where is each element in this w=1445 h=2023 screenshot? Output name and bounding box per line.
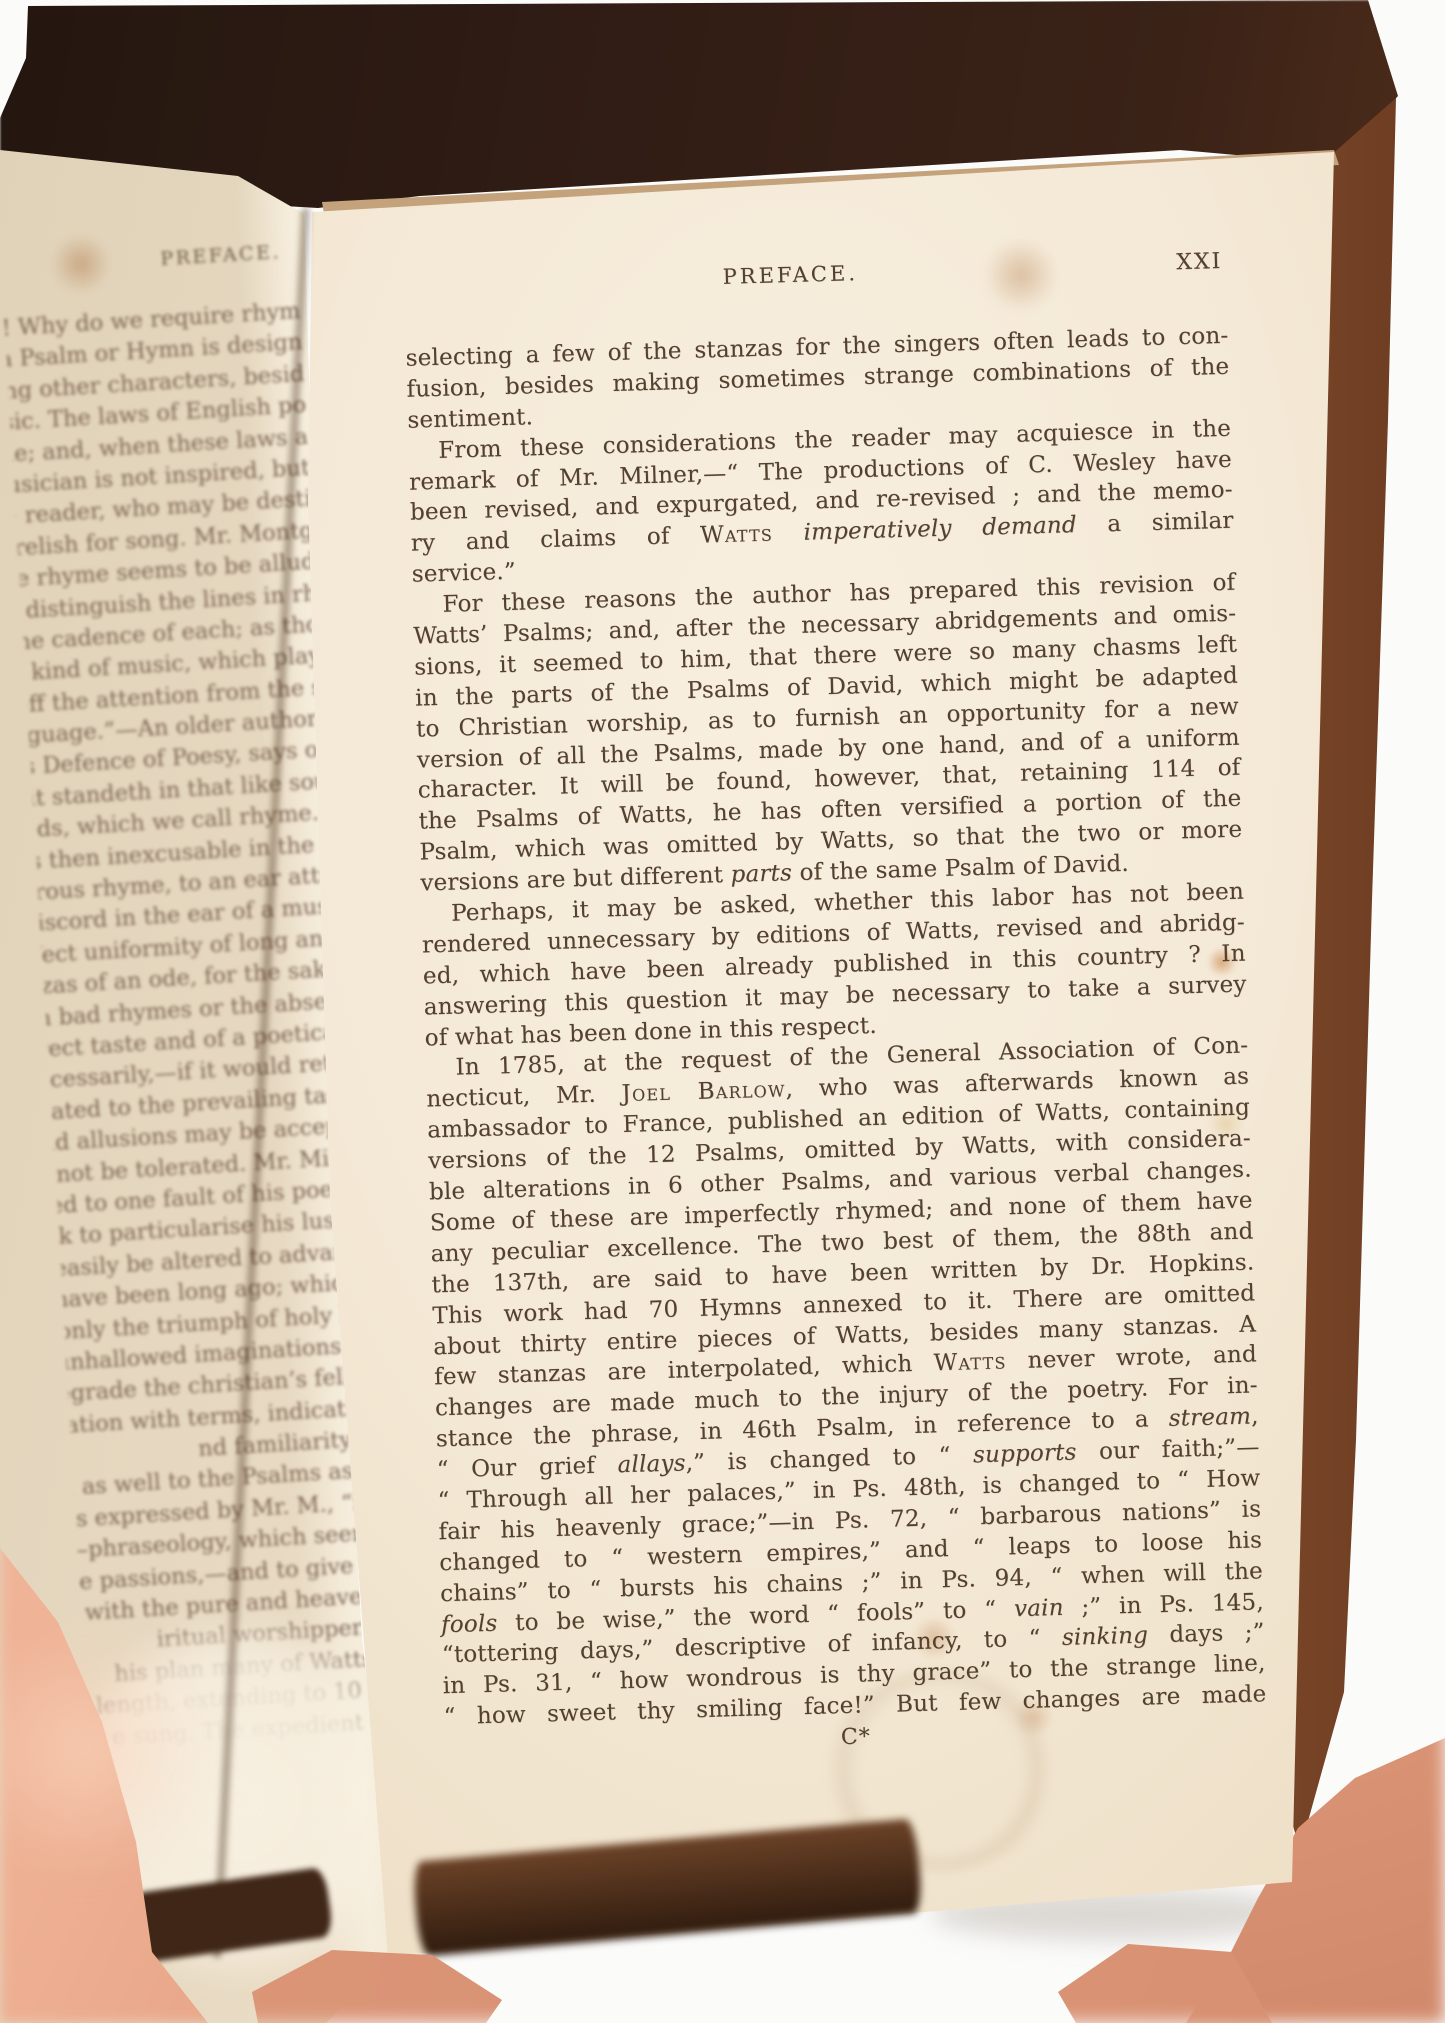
page-number: XXI: [1176, 249, 1223, 275]
page-header: PREFACE.: [722, 261, 858, 289]
page-header-row: PREFACE. XXI: [403, 251, 1227, 304]
right-page-lines: selecting a few of the stanzas for the s…: [405, 321, 1266, 1734]
right-page-text: PREFACE. XXI selecting a few of the stan…: [403, 251, 1267, 1764]
photo-scene: PREFACE. ppy the original ! Why do we re…: [0, 0, 1445, 2023]
left-page-header: PREFACE.: [1, 236, 298, 287]
left-page-header-label: PREFACE.: [160, 237, 282, 278]
